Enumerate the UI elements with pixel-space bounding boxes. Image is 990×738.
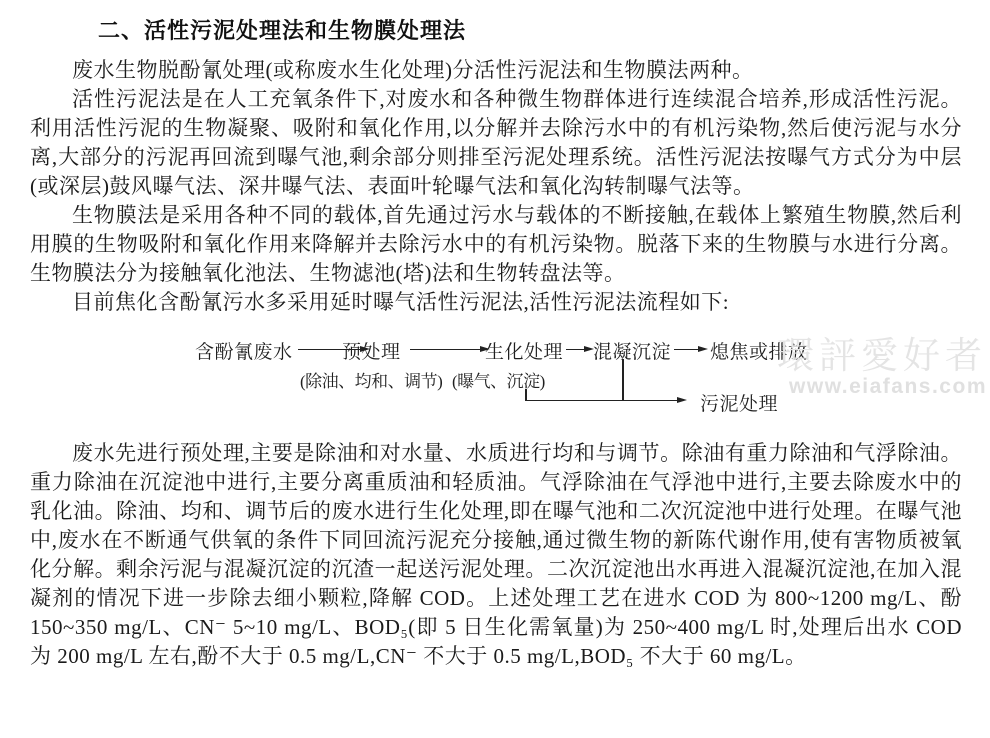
paragraph-process-lead-in: 目前焦化含酚氰污水多采用延时曝气活性污泥法,活性污泥法流程如下: <box>30 288 962 317</box>
paragraph-activated-sludge: 活性污泥法是在人工充氧条件下,对废水和各种微生物群体进行连续混合培养,形成活性污… <box>30 85 962 201</box>
flow-node-sludge-treatment: 污泥处理 <box>700 389 778 416</box>
process-flow-diagram: 含酚氰废水 预处理 生化处理 混凝沉淀 熄焦或排放 (除油、均和、调节) (曝气… <box>30 329 962 425</box>
section-title: 二、活性污泥处理法和生物膜处理法 <box>98 14 962 45</box>
document-page: 二、活性污泥处理法和生物膜处理法 废水生物脱酚氰处理(或称废水生化处理)分活性污… <box>0 0 990 738</box>
paragraph-intro: 废水生物脱酚氰处理(或称废水生化处理)分活性污泥法和生物膜法两种。 <box>30 56 962 85</box>
flow-arrow-icon <box>566 349 584 350</box>
flow-node-pretreatment: 预处理 <box>342 337 401 364</box>
flow-node-phenol-cyanide-wastewater: 含酚氰废水 <box>195 337 293 364</box>
connector-line-coagulation-drop <box>622 359 624 401</box>
paragraph-process-description: 废水先进行预处理,主要是除油和对水量、水质进行均和与调节。除油有重力除油和气浮除… <box>30 439 962 671</box>
paragraph-biofilm: 生物膜法是采用各种不同的载体,首先通过污水与载体的不断接触,在载体上繁殖生物膜,… <box>30 201 962 288</box>
flow-node-coagulation-sedimentation: 混凝沉淀 <box>593 337 671 364</box>
flow-sublabel-biochemical: (曝气、沉淀) <box>452 367 545 392</box>
flow-arrow-icon <box>410 349 480 350</box>
flow-arrow-icon <box>525 400 677 401</box>
flow-sublabel-pretreatment: (除油、均和、调节) <box>300 367 442 392</box>
flow-node-biochemical-treatment: 生化处理 <box>485 337 563 364</box>
flow-arrow-icon <box>674 349 698 350</box>
flow-node-quench-or-discharge: 熄焦或排放 <box>710 337 808 364</box>
